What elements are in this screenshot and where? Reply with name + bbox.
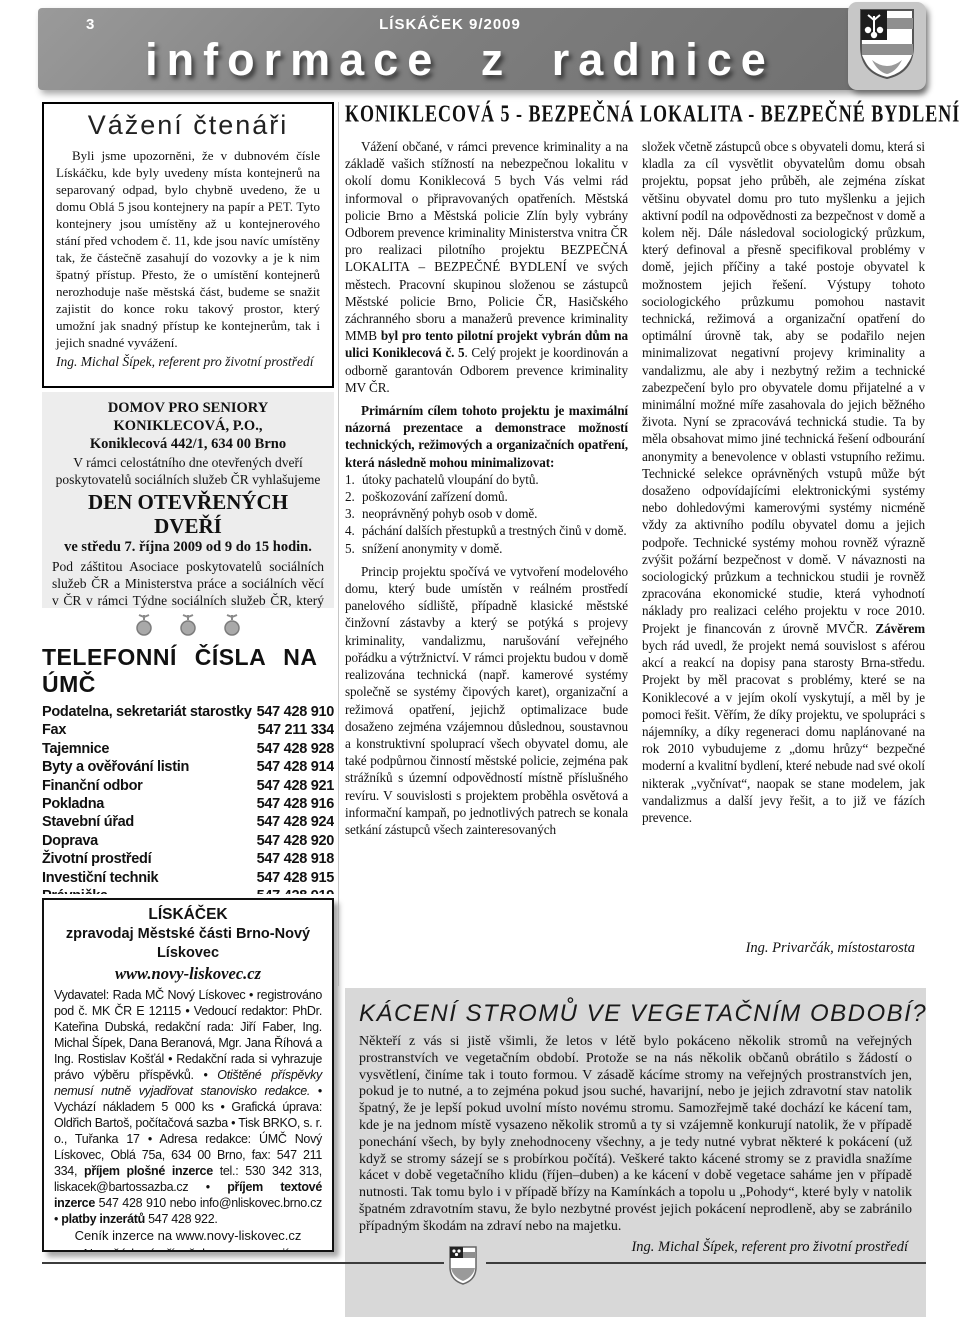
article-title: KONIKLECOVÁ 5 - BEZPEČNÁ LOKALITA - BEZP… — [345, 100, 925, 128]
open-day-body: Pod záštitou Asociace poskytovatelů soci… — [52, 558, 324, 608]
column-divider — [338, 102, 339, 986]
phone-row: Stavební úřad547 428 924 — [42, 813, 334, 831]
goal-item: 3.neoprávněný pohyb osob v domě. — [345, 505, 628, 522]
phone-row: Právnička547 428 919 — [42, 887, 334, 894]
phone-row: Pokladna547 428 916 — [42, 795, 334, 813]
article-goals-lead: Primárním cílem tohoto projektu je maxim… — [345, 402, 628, 471]
goal-item: 1.útoky pachatelů vloupání do bytů. — [345, 471, 628, 488]
bottom-rule-left — [42, 1262, 444, 1264]
section-title: informace z radnice — [38, 34, 882, 86]
coat-of-arms-card — [848, 2, 926, 90]
article-column-1: Vážení občané, v rámci prevence kriminal… — [345, 138, 628, 986]
article-body: Vážení občané, v rámci prevence kriminal… — [345, 138, 925, 986]
tree-article-title: KÁCENÍ STROMŮ VE VEGETAČNÍM OBDOBÍ?! — [359, 1000, 912, 1028]
goal-item: 5.snížení anonymity v domě. — [345, 540, 628, 557]
tree-article-body: Někteří z vás si jistě všimli, že letos … — [359, 1034, 912, 1236]
hazelnut-icon — [134, 613, 154, 637]
goal-item: 2.poškozování zařízení domů. — [345, 488, 628, 505]
issue-label: LÍSKÁČEK 9/2009 — [38, 16, 862, 33]
open-day-headline: DEN OTEVŘENÝCH DVEŘÍ — [52, 490, 324, 538]
imprint-box: LÍSKÁČEK zpravodaj Městské části Brno-No… — [42, 898, 334, 1252]
phone-row: Tajemnice547 428 928 — [42, 740, 334, 758]
newsletter-page: 3 LÍSKÁČEK 9/2009 informace z radnice Vá… — [0, 0, 960, 1317]
imprint-body: Vydavatel: Rada MČ Nový Lískovec • regis… — [54, 987, 322, 1227]
phone-row: Fax547 211 334 — [42, 721, 334, 739]
imprint-price-note: Ceník inzerce na www.novy-liskovec.cz — [54, 1227, 322, 1245]
phone-row: Životní prostředí547 428 918 — [42, 850, 334, 868]
hazelnut-divider — [42, 612, 334, 638]
org-name: DOMOV PRO SENIORY KONIKLECOVÁ, P.O., — [52, 399, 324, 435]
imprint-title: LÍSKÁČEK — [54, 905, 322, 925]
phone-row: Doprava547 428 920 — [42, 832, 334, 850]
coat-of-arms-icon — [858, 8, 916, 85]
article-signature: Ing. Privarčák, místostarosta — [345, 940, 915, 957]
org-address: Koniklecová 442/1, 634 00 Brno — [52, 435, 324, 453]
phone-directory-title: TELEFONNÍ ČÍSLA NA ÚMČ — [42, 644, 334, 698]
tree-article-signature: Ing. Michal Šípek, referent pro životní … — [359, 1238, 908, 1256]
article-paragraph: Princip projektu spočívá ve vytvoření mo… — [345, 563, 628, 838]
goal-item: 4.páchání dalších přestupků a trestných … — [345, 522, 628, 539]
article-paragraph: Vážení občané, v rámci prevence kriminal… — [345, 138, 628, 396]
imprint-subtitle: zpravodaj Městské části Brno-Nový Lískov… — [54, 925, 322, 963]
hazelnut-icon — [222, 613, 242, 637]
phone-row: Investiční technik547 428 915 — [42, 869, 334, 887]
imprint-returns-note: Nevyžádané příspěvky se nevracejí. — [54, 1245, 322, 1252]
phone-row: Byty a ověřování listin547 428 914 — [42, 758, 334, 776]
tree-article-panel: KÁCENÍ STROMŮ VE VEGETAČNÍM OBDOBÍ?! Něk… — [345, 988, 926, 1317]
article-paragraph: složek včetně zástupců obce s obyvateli … — [642, 138, 925, 826]
phone-directory: TELEFONNÍ ČÍSLA NA ÚMČ Podatelna, sekret… — [42, 644, 334, 894]
imprint-website: www.novy-liskovec.cz — [54, 963, 322, 985]
bottom-rule-right — [486, 1262, 926, 1264]
shield-icon — [448, 1246, 478, 1291]
open-day-notice: DOMOV PRO SENIORY KONIKLECOVÁ, P.O., Kon… — [42, 392, 334, 608]
hazelnut-icon — [178, 613, 198, 637]
open-day-intro: V rámci celostátního dne otevřených dveř… — [52, 454, 324, 488]
article-column-2: složek včetně zástupců obce s obyvateli … — [642, 138, 925, 986]
editor-note-body: Byli jsme upozorněni, že v dubnovém čísl… — [56, 147, 320, 351]
editor-note-box: Vážení čtenáři Byli jsme upozorněni, že … — [42, 102, 334, 388]
phone-row: Podatelna, sekretariát starostky547 428 … — [42, 703, 334, 721]
editor-note-title: Vážení čtenáři — [56, 110, 320, 141]
header-banner: 3 LÍSKÁČEK 9/2009 informace z radnice — [38, 8, 922, 90]
open-day-date: ve středu 7. října 2009 od 9 do 15 hodin… — [52, 538, 324, 557]
phone-row: Finanční odbor547 428 921 — [42, 777, 334, 795]
editor-note-signature: Ing. Michal Šípek, referent pro životní … — [56, 353, 320, 371]
